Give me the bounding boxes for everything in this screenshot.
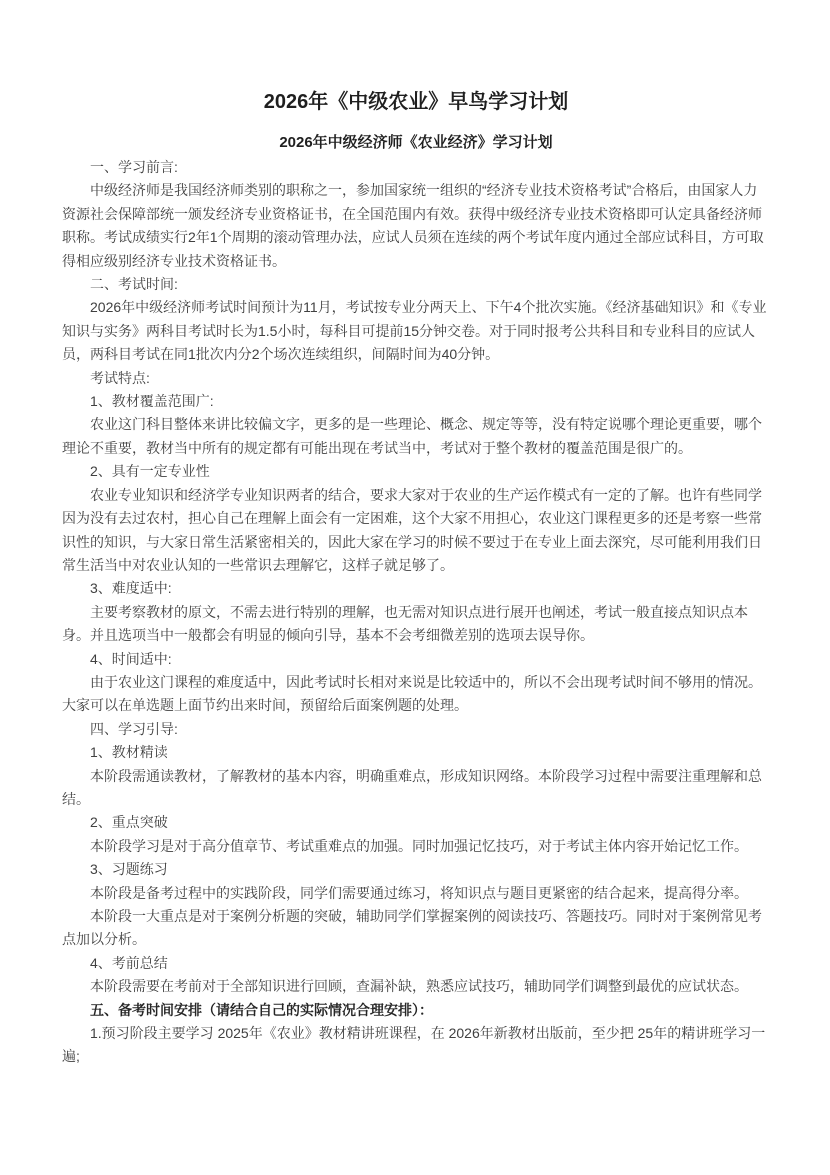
paragraph: 主要考察教材的原文，不需去进行特别的理解，也无需对知识点进行展开也阐述，考试一般… xyxy=(62,601,770,648)
paragraph: 本阶段学习是对于高分值章节、考试重难点的加强。同时加强记忆技巧，对于考试主体内容… xyxy=(62,835,770,858)
paragraph: 4、时间适中: xyxy=(62,648,770,671)
paragraph: 本阶段一大重点是对于案例分析题的突破，辅助同学们掌握案例的阅读技巧、答题技巧。同… xyxy=(62,905,770,952)
paragraph: 2、重点突破 xyxy=(62,811,770,834)
paragraph: 本阶段需要在考前对于全部知识进行回顾，查漏补缺，熟悉应试技巧，辅助同学们调整到最… xyxy=(62,975,770,998)
document-content: 2026年《中级农业》早鸟学习计划 2026年中级经济师《农业经济》学习计划 一… xyxy=(62,88,770,1069)
document-page: 2026年《中级农业》早鸟学习计划 2026年中级经济师《农业经济》学习计划 一… xyxy=(0,0,830,1175)
paragraph: 3、难度适中: xyxy=(62,577,770,600)
paragraph: 1.预习阶段主要学习 2025年《农业》教材精讲班课程，在 2026年新教材出版… xyxy=(62,1022,770,1069)
paragraph: 4、考前总结 xyxy=(62,952,770,975)
paragraph: 1、教材精读 xyxy=(62,741,770,764)
paragraph: 一、学习前言: xyxy=(62,156,770,179)
paragraph: 2026年中级经济师考试时间预计为11月，考试按专业分两天上、下午4个批次实施。… xyxy=(62,296,770,366)
paragraph: 农业专业知识和经济学专业知识两者的结合，要求大家对于农业的生产运作模式有一定的了… xyxy=(62,484,770,578)
document-subtitle: 2026年中级经济师《农业经济》学习计划 xyxy=(62,132,770,153)
paragraph: 中级经济师是我国经济师类别的职称之一，参加国家统一组织的“经济专业技术资格考试”… xyxy=(62,179,770,273)
paragraph: 农业这门科目整体来讲比较偏文字，更多的是一些理论、概念、规定等等，没有特定说哪个… xyxy=(62,413,770,460)
paragraph: 本阶段是备考过程中的实践阶段，同学们需要通过练习，将知识点与题目更紧密的结合起来… xyxy=(62,882,770,905)
paragraph: 四、学习引导: xyxy=(62,718,770,741)
paragraph: 二、考试时间: xyxy=(62,273,770,296)
paragraph: 2、具有一定专业性 xyxy=(62,460,770,483)
paragraph: 3、习题练习 xyxy=(62,858,770,881)
paragraph: 本阶段需通读教材，了解教材的基本内容，明确重难点，形成知识网络。本阶段学习过程中… xyxy=(62,765,770,812)
paragraph: 由于农业这门课程的难度适中，因此考试时长相对来说是比较适中的，所以不会出现考试时… xyxy=(62,671,770,718)
paragraph: 考试特点: xyxy=(62,367,770,390)
document-title: 2026年《中级农业》早鸟学习计划 xyxy=(62,88,770,116)
section-heading-emphasis: 五、备考时间安排（请结合自己的实际情况合理安排）： xyxy=(62,999,770,1022)
document-body: 一、学习前言:中级经济师是我国经济师类别的职称之一，参加国家统一组织的“经济专业… xyxy=(62,156,770,1069)
paragraph: 1、教材覆盖范围广: xyxy=(62,390,770,413)
